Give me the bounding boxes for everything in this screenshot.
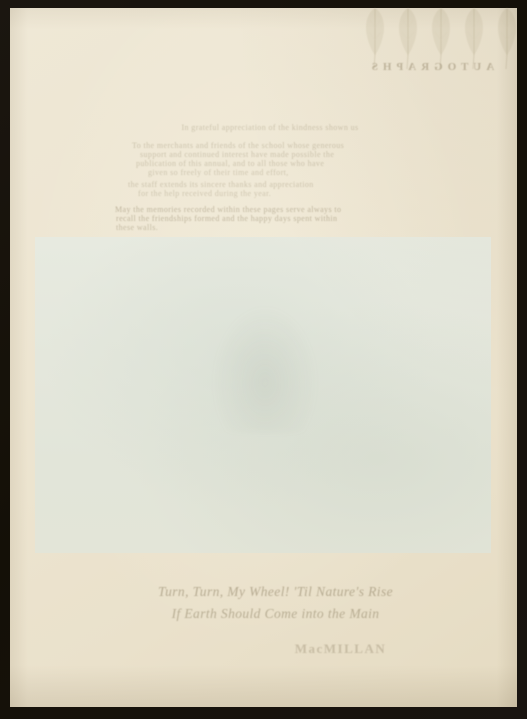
- faint-building-silhouette: [210, 302, 320, 432]
- scan-frame: AUTOGRAPHS In grateful appreciation of t…: [0, 0, 527, 719]
- paper-page: AUTOGRAPHS In grateful appreciation of t…: [10, 8, 517, 707]
- bleed-through-text-line: publication of this annual, and to all t…: [136, 159, 404, 168]
- bleed-through-text-line: support and continued interest have made…: [140, 150, 402, 159]
- bleed-through-text-line: May the memories recorded within these p…: [115, 205, 417, 214]
- caption-line-1: Turn, Turn, My Wheel! 'Til Nature's Rise: [128, 584, 423, 600]
- bleed-through-text-line: given so freely of their time and effort…: [148, 168, 333, 177]
- mirrored-autographs-title: AUTOGRAPHS: [348, 61, 513, 73]
- caption-line-2: If Earth Should Come into the Main: [128, 606, 423, 622]
- bleed-through-text-line: the staff extends its sincere thanks and…: [128, 180, 410, 189]
- photo-placeholder: [35, 237, 491, 553]
- bleed-through-text-line: To the merchants and friends of the scho…: [132, 141, 407, 150]
- bleed-through-text-line: these walls.: [116, 223, 208, 232]
- caption-attribution: MacMILLAN: [258, 641, 423, 657]
- bleed-through-text-line: In grateful appreciation of the kindness…: [145, 123, 395, 132]
- bleed-through-text-line: for the help received during the year.: [138, 189, 370, 198]
- bleed-through-text-line: recall the friendships formed and the ha…: [116, 214, 416, 223]
